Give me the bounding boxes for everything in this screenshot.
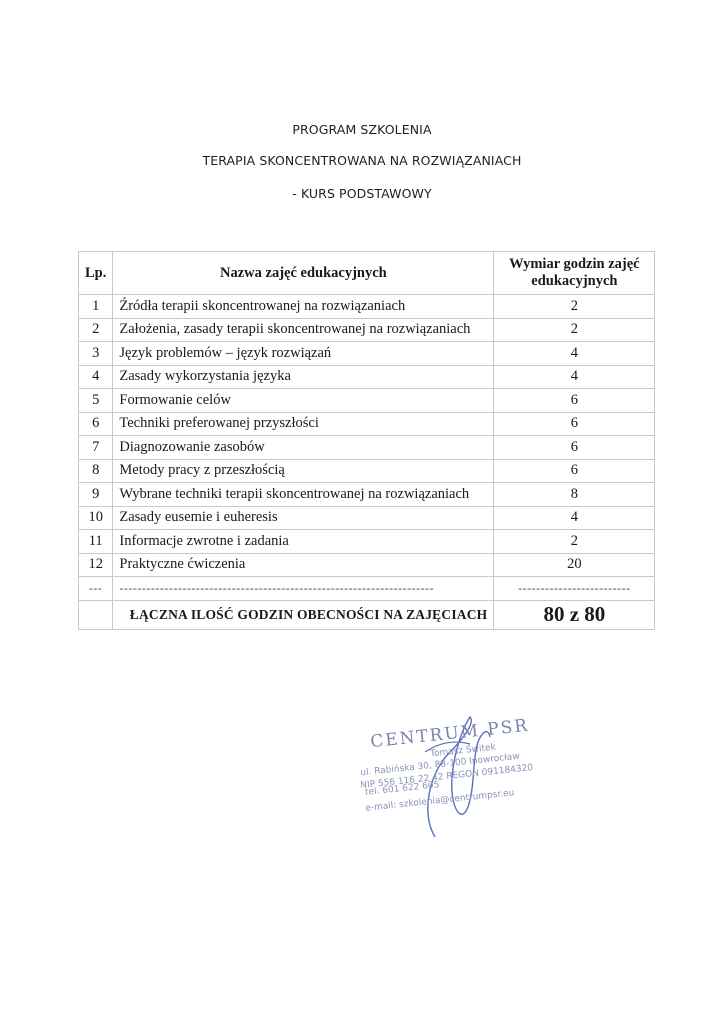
row-name: Język problemów – język rozwiązań	[113, 342, 494, 366]
row-hours: 6	[494, 436, 655, 460]
row-lp: 4	[79, 365, 113, 389]
row-lp: 6	[79, 412, 113, 436]
total-empty-cell	[79, 600, 113, 629]
row-hours: 2	[494, 318, 655, 342]
row-hours: 4	[494, 342, 655, 366]
total-row: ŁĄCZNA ILOŚĆ GODZIN OBECNOŚCI NA ZAJĘCIA…	[79, 600, 655, 629]
table-row: 7Diagnozowanie zasobów6	[79, 436, 655, 460]
total-value: 80 z 80	[494, 600, 655, 629]
row-name: Formowanie celów	[113, 389, 494, 413]
row-hours: 8	[494, 483, 655, 507]
row-lp: 3	[79, 342, 113, 366]
row-name: Zasady wykorzystania języka	[113, 365, 494, 389]
row-name: Metody pracy z przeszłością	[113, 459, 494, 483]
row-name: Praktyczne ćwiczenia	[113, 553, 494, 577]
separator-name: ----------------------------------------…	[113, 577, 494, 601]
row-hours: 20	[494, 553, 655, 577]
row-hours: 6	[494, 412, 655, 436]
row-name: Informacje zwrotne i zadania	[113, 530, 494, 554]
table-row: 9Wybrane techniki terapii skoncentrowane…	[79, 483, 655, 507]
row-lp: 7	[79, 436, 113, 460]
column-header-name: Nazwa zajęć edukacyjnych	[113, 252, 494, 295]
program-table: Lp. Nazwa zajęć edukacyjnych Wymiar godz…	[78, 251, 655, 630]
table-row: 3Język problemów – język rozwiązań4	[79, 342, 655, 366]
row-lp: 9	[79, 483, 113, 507]
row-name: Diagnozowanie zasobów	[113, 436, 494, 460]
row-lp: 10	[79, 506, 113, 530]
course-level: - KURS PODSTAWOWY	[0, 186, 724, 201]
row-name: Techniki preferowanej przyszłości	[113, 412, 494, 436]
table-row: 6Techniki preferowanej przyszłości6	[79, 412, 655, 436]
row-lp: 5	[79, 389, 113, 413]
separator-lp: ---	[79, 577, 113, 601]
table-row: 2Założenia, zasady terapii skoncentrowan…	[79, 318, 655, 342]
table-row: 1Źródła terapii skoncentrowanej na rozwi…	[79, 295, 655, 319]
program-title: PROGRAM SZKOLENIA	[0, 122, 724, 137]
row-hours: 6	[494, 459, 655, 483]
row-name: Wybrane techniki terapii skoncentrowanej…	[113, 483, 494, 507]
course-name: TERAPIA SKONCENTROWANA NA ROZWIĄZANIACH	[0, 153, 724, 168]
column-header-lp: Lp.	[79, 252, 113, 295]
row-lp: 12	[79, 553, 113, 577]
row-hours: 2	[494, 295, 655, 319]
row-hours: 4	[494, 506, 655, 530]
company-stamp: CENTRUM PSR Tomasz Świtek ul. Rabińska 3…	[340, 712, 570, 842]
row-name: Zasady eusemie i euheresis	[113, 506, 494, 530]
row-lp: 8	[79, 459, 113, 483]
row-lp: 2	[79, 318, 113, 342]
row-lp: 11	[79, 530, 113, 554]
column-header-hours: Wymiar godzin zajęć edukacyjnych	[494, 252, 655, 295]
table-row: 12Praktyczne ćwiczenia20	[79, 553, 655, 577]
row-hours: 6	[494, 389, 655, 413]
separator-row: --- ------------------------------------…	[79, 577, 655, 601]
row-lp: 1	[79, 295, 113, 319]
table-row: 5Formowanie celów6	[79, 389, 655, 413]
table-row: 4Zasady wykorzystania języka4	[79, 365, 655, 389]
table-row: 10Zasady eusemie i euheresis4	[79, 506, 655, 530]
table-header-row: Lp. Nazwa zajęć edukacyjnych Wymiar godz…	[79, 252, 655, 295]
row-name: Założenia, zasady terapii skoncentrowane…	[113, 318, 494, 342]
separator-hours: -------------------------	[494, 577, 655, 601]
row-hours: 2	[494, 530, 655, 554]
row-name: Źródła terapii skoncentrowanej na rozwią…	[113, 295, 494, 319]
table-row: 8Metody pracy z przeszłością6	[79, 459, 655, 483]
total-label: ŁĄCZNA ILOŚĆ GODZIN OBECNOŚCI NA ZAJĘCIA…	[113, 600, 494, 629]
row-hours: 4	[494, 365, 655, 389]
table-row: 11Informacje zwrotne i zadania2	[79, 530, 655, 554]
